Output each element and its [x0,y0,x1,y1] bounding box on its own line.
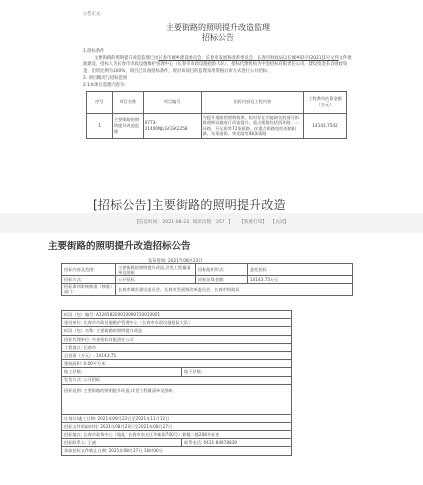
builder: 建设单位: 长春市市政设施维护管理中心（长春市市政设施抢险大队） [62,319,292,327]
info-time: 2021-08-23 [162,220,189,225]
area: 建筑面积: 0.00平方米 [62,360,292,368]
venue: 招标地点: 长春市政务中心（地址: 长春市南关区华新街700号）新楼二楼208开… [62,431,292,439]
investment: 总投资（万元）: 14143.75 [62,351,292,359]
method-value: 公开招标 [116,276,196,283]
approval-label: 招标事项审核核准（核准）部门: [62,283,116,295]
header-cell: 工程费用估算金额（万元） [304,91,347,113]
project-table: 序号 项目名称 项目编号 招标内容及工程内容 工程费用估算金额（万元） 1 主要… [86,91,347,139]
section-heading: 2.1本项目监理内容为: [83,83,353,90]
row-name: 主要街路的照明提升改造监理 [112,113,143,138]
document-title: 主要街路的照明提升改造招标公告 [48,238,191,252]
row-content: 为提升道路的照明效果，拟对存在功能缺失的部分街路照明设施进行改造提升。重点街路包… [201,113,303,138]
approval-value: 长春市城乡建设委员会、长春市发展和改革委员会、长春市财政局 [116,283,353,295]
para-text: 主要街路的照明提升改造监理已由 [94,56,158,61]
schedule: 计划开/竣工日期: 2021年09月23日至2021年11月12日 [62,414,292,422]
floors-below: 地下层数: [182,368,292,376]
location: 工程地点: 长春市 [62,343,292,351]
estimate-label: 招标估算金额: [196,276,248,283]
close-link[interactable]: 【关闭】 [270,220,288,225]
section-no: 标段（包）编号: A32058200010090720010001 [62,311,292,319]
scope-label: 招标内容及范围: [62,264,116,276]
deadline: 获取招标文件截止日期: 2021年08月27日 16时00分 [62,447,292,455]
excerpt-title: 主要街路的照明提升改造监理 [83,23,353,33]
header-cell: 项目编号 [143,91,201,113]
scope-value: 主要街路的照明提升改造,详见工程量清单及图纸 [116,264,196,276]
announcement-body-label: 公告正文: [83,12,353,19]
info-time-label: 【信息时间: [134,220,159,225]
excerpt-subtitle: 招标公告 [83,33,353,43]
estimate-value: 14143.75万元 [248,276,353,283]
header-cell: 项目名称 [112,91,143,113]
contract-type: 发包方式: 公开招标 [62,376,292,384]
floors-above: 地上层数: [62,368,182,376]
row-amount: 14143.7542 [304,113,347,138]
section-heading: 2. 项目概况与招标范围 [83,76,353,83]
phone: 联系电话: 0431-84678839 [182,439,292,447]
table-row: 1 主要街路的照明提升改造监理 0773-21400NJLGCGK2258 为提… [87,113,347,138]
bracket-close: 】 [228,220,233,225]
row-no: 1 [87,113,113,138]
print-link[interactable]: 【我要打印】 [239,220,267,225]
tender-detail-table: 标段（包）编号: A32058200010090720010001 建设单位: … [61,310,292,456]
approval-doc-link[interactable]: 长春市城乡建设委员会、长春市发展和改革委员会、长春市财政局以长城乡联字[2021… [158,56,338,61]
header-cell: 序号 [87,91,113,113]
page-title: [招标公告]主要街路的照明提升改造 [93,196,286,213]
row-code: 0773-21400NJLGCGK2258 [143,113,201,138]
contact: 招标联系人: 王威 [62,439,182,447]
tender-scope: 招标范围: 主要街路的照明提升改造,详见工程量清单及图纸 [62,384,292,414]
agent: 招标代理单位: 中金招标有限责任公司 [62,335,292,343]
method-label: 招标方式: [62,276,116,283]
table-header-row: 序号 项目名称 项目编号 招标内容及工程内容 工程费用估算金额（万元） [87,91,347,113]
table-row: 招标方式: 公开招标 招标估算金额: 14143.75万元 [62,276,353,283]
table-row: 招标内容及范围: 主要街路的照明提升改造,详见工程量清单及图纸 招标组织形式: … [62,264,353,276]
read-count: 257 [216,220,225,225]
org-form-value: 委托招标 [248,264,353,276]
section-name: 标段（包）名称: 主要街路的照明提升改造 [62,327,292,335]
doc-time: 招标文件领取时间: 2021年08月23日至2021年08月27日 [62,422,292,430]
table-row: 招标事项审核核准（核准）部门: 长春市城乡建设委员会、长春市发展和改革委员会、长… [62,283,353,295]
header-cell: 招标内容及工程内容 [201,91,303,113]
tender-info-table: 招标内容及范围: 主要街路的照明提升改造,详见工程量清单及图纸 招标组织形式: … [61,263,353,296]
meta-bar: 【信息时间: 2021-08-23 阅读次数: 257 】 【我要打印】 【关闭… [0,213,423,233]
org-form-label: 招标组织形式: [196,264,248,276]
tender-conditions-paragraph: 主要街路的照明提升改造监理已由长春市城乡建设委员会、长春市发展和改革委员会、长春… [83,56,353,76]
section-heading: 1.招标条件 [83,49,353,56]
document-excerpt: 公告正文: 主要街路的照明提升改造监理 招标公告 1.招标条件 主要街路的照明提… [83,12,353,139]
read-count-label: 阅读次数: [193,220,213,225]
